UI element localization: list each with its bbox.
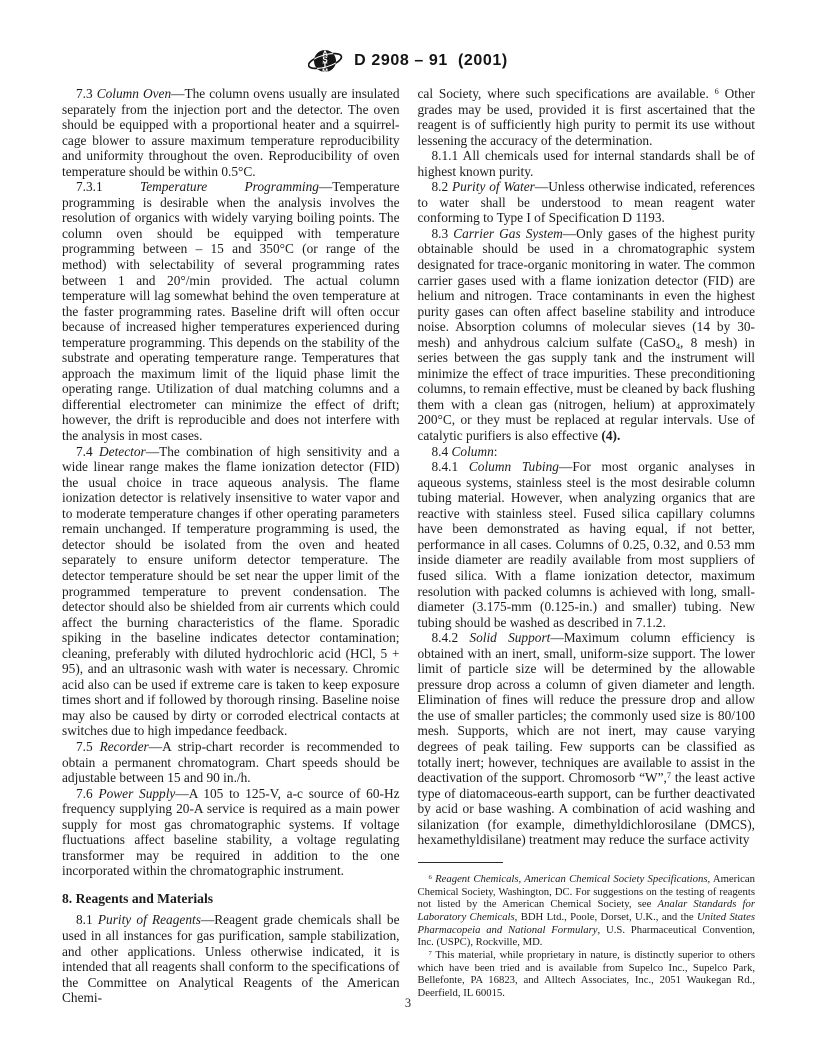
paragraph: 8.2 Purity of Water—Unless otherwise ind…: [418, 179, 756, 226]
right-column: cal Society, where such specifications a…: [418, 86, 756, 988]
footnote-rule: [418, 862, 503, 863]
paragraph: cal Society, where such specifications a…: [418, 86, 756, 148]
paragraph: 8.1 Purity of Reagents—Reagent grade che…: [62, 912, 400, 1005]
footnote: 6 Reagent Chemicals, American Chemical S…: [418, 873, 756, 949]
document-page: A S T M D 2908 – 91 (2001) 7.3 Column Ov…: [0, 0, 816, 1056]
paragraph: 8.4 Column:: [418, 444, 756, 460]
footnote-block: 6 Reagent Chemicals, American Chemical S…: [418, 862, 756, 1000]
paragraph: 7.5 Recorder—A strip-chart recorder is r…: [62, 739, 400, 786]
astm-logo-icon: A S T M: [308, 46, 346, 76]
left-column: 7.3 Column Oven—The column ovens usually…: [62, 86, 400, 988]
text-columns: 7.3 Column Oven—The column ovens usually…: [62, 86, 755, 988]
footnotes: 6 Reagent Chemicals, American Chemical S…: [418, 873, 756, 1000]
paragraph: 7.4 Detector—The combination of high sen…: [62, 444, 400, 739]
right-column-text: cal Society, where such specifications a…: [418, 86, 756, 848]
paragraph: 8.1.1 All chemicals used for internal st…: [418, 148, 756, 179]
section-heading: 8. Reagents and Materials: [62, 891, 400, 907]
paragraph: 7.6 Power Supply—A 105 to 125-V, a-c sou…: [62, 786, 400, 879]
document-header: A S T M D 2908 – 91 (2001): [0, 46, 816, 76]
paragraph: 8.4.1 Column Tubing—For most organic ana…: [418, 459, 756, 630]
document-code: D 2908 – 91 (2001): [354, 52, 508, 70]
page-number: 3: [0, 996, 816, 1011]
paragraph: 8.4.2 Solid Support—Maximum column effic…: [418, 630, 756, 848]
paragraph: 7.3 Column Oven—The column ovens usually…: [62, 86, 400, 179]
paragraph: 8.3 Carrier Gas System—Only gases of the…: [418, 226, 756, 444]
svg-text:M: M: [322, 69, 328, 76]
footnote: 7 This material, while proprietary in na…: [418, 949, 756, 1000]
paragraph: 7.3.1 Temperature Programming—Temperatur…: [62, 179, 400, 443]
